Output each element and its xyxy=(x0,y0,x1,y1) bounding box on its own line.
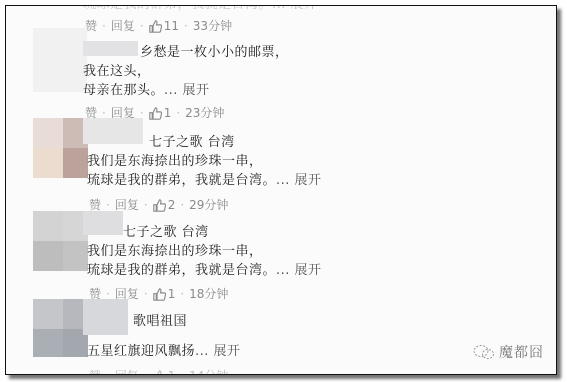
timestamp: 23分钟 xyxy=(185,105,224,121)
timestamp: 29分钟 xyxy=(189,197,228,213)
thumbs-up-icon xyxy=(149,107,162,120)
timestamp: 14分钟 xyxy=(189,368,228,375)
comment-text: 五星红旗迎风飘扬... 展开 xyxy=(87,343,241,361)
watermark-text: 魔都囧 xyxy=(499,342,544,362)
avatar xyxy=(33,299,63,329)
avatar-block xyxy=(33,241,63,271)
reply-button[interactable]: 回复 xyxy=(115,368,139,375)
expand-link[interactable]: ... 展开 xyxy=(164,83,210,98)
timestamp: 18分钟 xyxy=(189,286,228,302)
comment-title: 七子之歌 台湾 xyxy=(149,134,235,152)
comment-text: 我们是东海捺出的珍珠一串， xyxy=(87,153,263,171)
comment-meta: 赞· 回复· 1 · 14分钟 xyxy=(89,368,228,375)
like-count: 1 xyxy=(149,105,172,121)
thumbs-up-icon xyxy=(149,20,162,33)
comment-text: 琉球是我的群弟，我就是台湾。... 展开 xyxy=(87,262,322,280)
like-count: 1 xyxy=(153,286,176,302)
comment-text: 乡愁是一枚小小的邮票， xyxy=(140,44,289,62)
comment-title: 七子之歌 台湾 xyxy=(123,224,209,242)
expand-link[interactable]: ... 展开 xyxy=(276,173,322,188)
comment-text: 我在这头， xyxy=(83,63,151,81)
avatar xyxy=(33,28,87,92)
thumbs-up-icon xyxy=(153,370,166,376)
expand-link[interactable]: ... 展开 xyxy=(276,263,322,278)
screenshot-frame: 琉球是我的群弟，我就是台湾。... 展开 赞· 回复· 11 · 33分钟 乡愁… xyxy=(5,5,557,375)
username-blurred xyxy=(83,211,123,235)
avatar xyxy=(33,118,63,148)
like-count: 11 xyxy=(149,18,179,34)
username-blurred xyxy=(83,299,128,335)
avatar-block xyxy=(63,241,88,271)
like-button[interactable]: 赞 xyxy=(89,368,101,375)
username-blurred xyxy=(83,118,143,144)
comment-text: 我们是东海捺出的珍珠一串， xyxy=(87,243,263,261)
comment-meta: 赞· 回复· 11 · 33分钟 xyxy=(85,18,232,34)
avatar-block xyxy=(33,329,63,357)
like-count: 1 xyxy=(153,368,176,375)
watermark: 魔都囧 xyxy=(473,342,544,362)
partial-comment-text: 琉球是我的群弟，我就是台湾。... 展开 xyxy=(83,5,318,14)
avatar-block xyxy=(63,148,88,178)
comment-text: 母亲在那头。... 展开 xyxy=(83,82,210,100)
avatar xyxy=(33,211,63,241)
reply-button[interactable]: 回复 xyxy=(111,18,135,34)
timestamp: 33分钟 xyxy=(193,18,232,34)
expand-link[interactable]: ... 展开 xyxy=(195,344,241,359)
thumbs-up-icon xyxy=(153,199,166,212)
like-count: 2 xyxy=(153,197,176,213)
thumbs-up-icon xyxy=(153,288,166,301)
comment-title: 歌唱祖国 xyxy=(133,313,187,331)
username-blurred xyxy=(83,41,138,56)
avatar-block xyxy=(33,148,63,178)
wechat-icon xyxy=(473,344,495,360)
comment-text: 琉球是我的群弟，我就是台湾。... 展开 xyxy=(87,172,322,190)
